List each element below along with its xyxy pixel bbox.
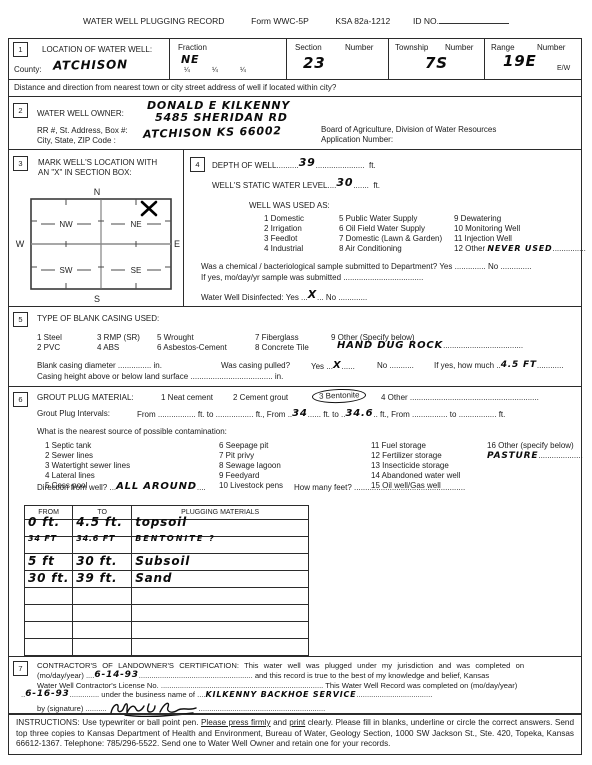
section1-location: 1 LOCATION OF WATER WELL: County: ATCHIS…	[9, 39, 581, 79]
grout-option-2: 2 Cement grout	[233, 393, 288, 402]
contamination-option: 12 Fertilizer storage	[371, 451, 460, 461]
well-used-as-label: WELL WAS USED AS:	[249, 201, 330, 210]
owner-title: WATER WELL OWNER:	[37, 109, 124, 118]
contamination-other-line: PASTURE....................	[487, 451, 583, 461]
compass-west-label: W	[16, 239, 25, 249]
water-well-plugging-record-form: WATER WELL PLUGGING RECORD Form WWC-5P K…	[0, 0, 592, 765]
well-uses-column1: 1 Domestic 2 Irrigation 3 Feedlot 4 Indu…	[264, 214, 304, 254]
quadrant-se-label: SE	[131, 266, 142, 275]
use-option: 3 Feedlot	[264, 234, 304, 244]
grout-option-3-circled: 3 Bentonite	[312, 388, 367, 404]
grout-option-4: 4 Other ................................…	[381, 393, 539, 402]
use-option-other: 12 Other NEVER USED...............	[454, 244, 586, 254]
section1-township-cell: Township Number 7S	[388, 39, 484, 79]
casing-pulled-label: Was casing pulled?	[221, 361, 290, 370]
row-material: BENTONITE ?	[135, 534, 216, 543]
compass-south-label: S	[94, 294, 100, 304]
quarter-mark-2: ¼	[212, 67, 218, 74]
township-value: 7S	[425, 54, 448, 72]
contamination-column2: 6 Seepage pit 7 Pit privy 8 Sewage lagoo…	[219, 441, 283, 491]
owner-city-value: ATCHISON KS 66002	[143, 124, 282, 141]
range-number-label: Number	[537, 43, 565, 52]
use-option: 1 Domestic	[264, 214, 304, 224]
contamination-option: 1 Septic tank	[45, 441, 130, 451]
form-statute: KSA 82a-1212	[335, 16, 390, 26]
casing-option: 5 Wrought	[157, 333, 194, 342]
row-from: 34 FT	[28, 534, 57, 543]
static-level-value: 30	[336, 176, 353, 189]
use-option: 11 Injection Well	[454, 234, 586, 244]
table-row-empty	[25, 622, 309, 639]
well-location-x-mark	[142, 202, 156, 215]
range-value: 19E	[503, 52, 537, 70]
section5-number: 5	[13, 312, 28, 327]
static-water-level-line: WELL'S STATIC WATER LEVEL....30....... f…	[212, 178, 380, 191]
depth-ft-label: ft.	[369, 161, 376, 170]
form-title: WATER WELL PLUGGING RECORD	[83, 16, 224, 26]
section7-certification: 7 CONTRACTOR'S OF LANDOWNER'S CERTIFICAT…	[9, 656, 581, 713]
row-from: 0 ft.	[28, 515, 60, 529]
use-option: 6 Oil Field Water Supply	[339, 224, 442, 234]
row-from: 5 ft	[28, 554, 55, 568]
casing-option: 6 Asbestos-Cement	[157, 343, 227, 352]
row-to: 34.6 FT	[76, 534, 115, 543]
section7-number: 7	[13, 661, 28, 676]
ew-label: E/W	[557, 65, 570, 72]
table-row-empty	[25, 639, 309, 656]
certification-line1: CONTRACTOR'S OF LANDOWNER'S CERTIFICATIO…	[37, 661, 524, 670]
direction-from-well-line: Direction from well? ...ALL AROUND....	[37, 482, 206, 493]
static-ft-label: ft.	[373, 181, 380, 190]
contamination-option: 8 Sewage lagoon	[219, 461, 283, 471]
quadrant-sw-label: SW	[60, 266, 73, 275]
grout-option-1: 1 Neat cement	[161, 393, 213, 402]
contamination-other-value: PASTURE	[487, 451, 538, 461]
depth-value: 39	[299, 156, 316, 169]
form-body: 1 LOCATION OF WATER WELL: County: ATCHIS…	[8, 38, 582, 714]
instructions-box: INSTRUCTIONS: Use typewriter or ball poi…	[8, 714, 582, 755]
depth-label: DEPTH OF WELL	[212, 161, 276, 170]
plugging-materials-table: FROM TO PLUGGING MATERIALS 0 ft. 4.5 ft.…	[24, 505, 309, 656]
other-use-value: NEVER USED	[487, 244, 552, 253]
section6-number: 6	[13, 392, 28, 407]
casing-pulled-x-mark: X	[333, 360, 342, 371]
contamination-option-other-label: 16 Other (specify below)	[487, 441, 583, 451]
casing-title: TYPE OF BLANK CASING USED:	[37, 314, 159, 323]
how-many-feet-line: How many feet? .........................…	[294, 483, 465, 492]
owner-city-label: City, State, ZIP Code :	[37, 136, 116, 145]
casing-height-line: Casing height above or below land surfac…	[37, 372, 283, 381]
record-completed-date-value: 6-16-93	[25, 689, 69, 699]
section6-grout: 6 GROUT PLUG MATERIAL: 1 Neat cement 2 C…	[9, 386, 581, 656]
quarter-mark-1: ¼	[184, 67, 190, 74]
section3-title-line1: MARK WELL'S LOCATION WITH	[38, 158, 157, 167]
contamination-option: 7 Pit privy	[219, 451, 283, 461]
section3-4-row: 3 MARK WELL'S LOCATION WITH AN "X" IN SE…	[9, 149, 581, 306]
section1-fraction-cell: Fraction NE ¼ ¼ ¼	[169, 39, 286, 79]
casing-option: 8 Concrete Tile	[255, 343, 309, 352]
use-option: 4 Industrial	[264, 244, 304, 254]
fraction-value: NE	[181, 53, 199, 66]
row-material: Subsoil	[135, 554, 190, 568]
contamination-option: 3 Watertight sewer lines	[45, 461, 130, 471]
township-label: Township	[395, 43, 428, 52]
section1-distance-row: Distance and direction from nearest town…	[9, 79, 581, 96]
use-option: 8 Air Conditioning	[339, 244, 442, 254]
business-name-value: KILKENNY BACKHOE SERVICE	[206, 690, 357, 699]
press-firmly-underlined: Please press firmly	[201, 718, 271, 727]
print-underlined: print	[289, 718, 305, 727]
section1-title: LOCATION OF WATER WELL:	[42, 45, 152, 54]
township-number-label: Number	[445, 43, 473, 52]
id-number-label: ID NO.	[413, 16, 439, 26]
completed-date-value: 6-14-93	[94, 670, 138, 680]
casing-pulled-no: No ...........	[377, 361, 414, 370]
section-value: 23	[303, 54, 325, 72]
section3-title-line2: AN "X" IN SECTION BOX:	[38, 168, 132, 177]
compass-north-label: N	[94, 187, 101, 197]
quadrant-nw-label: NW	[59, 220, 73, 229]
section-number-label: Number	[345, 43, 373, 52]
section1-range-cell: Range Number 19E E/W	[484, 39, 581, 79]
section2-number: 2	[13, 103, 28, 118]
row-material: topsoil	[135, 515, 187, 529]
certification-line2: (mo/day/year) ....6-14-93...............…	[37, 671, 489, 681]
application-number-label: Application Number:	[321, 135, 393, 144]
contamination-option: 11 Fuel storage	[371, 441, 460, 451]
table-row-empty	[25, 588, 309, 605]
row-to: 4.5 ft.	[76, 515, 123, 529]
quarter-mark-3: ¼	[240, 67, 246, 74]
section3-number: 3	[13, 156, 28, 171]
section1-location-cell: 1 LOCATION OF WATER WELL: County: ATCHIS…	[9, 39, 169, 79]
direction-value: ALL AROUND	[116, 481, 197, 492]
casing-option: 1 Steel	[37, 333, 62, 342]
owner-street-value: 5485 SHERIDAN RD	[155, 111, 288, 124]
casing-pulled-yes: Yes ...X......	[311, 361, 355, 372]
use-option: 10 Monitoring Well	[454, 224, 586, 234]
contamination-option: 2 Sewer lines	[45, 451, 130, 461]
how-much-value: 4.5 FT	[501, 360, 537, 370]
contamination-option: 9 Feedyard	[219, 471, 283, 481]
row-material: Sand	[135, 571, 172, 585]
well-uses-column2: 5 Public Water Supply 6 Oil Field Water …	[339, 214, 442, 254]
certification-line4: ..6-16-93.............. under the busine…	[21, 690, 432, 700]
sample-date-line: If yes, mo/day/yr sample was submitted .…	[201, 273, 423, 282]
section4-number: 4	[190, 157, 205, 172]
contamination-option: 6 Seepage pit	[219, 441, 283, 451]
disinfected-x-mark: X	[308, 288, 317, 301]
sample-question: Was a chemical / bacteriological sample …	[201, 262, 532, 271]
row-from: 30 ft.	[28, 571, 69, 585]
grout-material-label: GROUT PLUG MATERIAL:	[37, 393, 134, 402]
section3-4-divider	[183, 150, 184, 306]
table-row: 30 ft. 39 ft. Sand	[25, 571, 309, 588]
casing-option: 3 RMP (SR)	[97, 333, 140, 342]
section5-casing: 5 TYPE OF BLANK CASING USED: 1 Steel 3 R…	[9, 306, 581, 386]
table-row: 34 FT 34.6 FT BENTONITE ?	[25, 537, 309, 554]
grout-intervals-label: Grout Plug Intervals:	[37, 409, 110, 418]
contamination-option: 10 Livestock pens	[219, 481, 283, 491]
owner-address-label: RR #, St. Address, Box #:	[37, 126, 128, 135]
casing-option: 4 ABS	[97, 343, 119, 352]
casing-option: 7 Fiberglass	[255, 333, 299, 342]
section2-owner: 2 WATER WELL OWNER: DONALD E KILKENNY 54…	[9, 96, 581, 149]
section1-number: 1	[13, 42, 28, 57]
casing-other-value: HAND DUG ROCK	[337, 340, 443, 351]
disinfected-line: Water Well Disinfected: Yes ...X... No .…	[201, 290, 367, 303]
table-row: 5 ft 30 ft. Subsoil	[25, 554, 309, 571]
compass-east-label: E	[174, 239, 180, 249]
distance-question: Distance and direction from nearest town…	[14, 83, 336, 92]
contamination-option: 14 Abandoned water well	[371, 471, 460, 481]
depth-of-well-line: DEPTH OF WELL..........39...............…	[212, 158, 376, 171]
use-option: 2 Irrigation	[264, 224, 304, 234]
casing-other-line: HAND DUG ROCK...........................…	[337, 340, 523, 351]
how-much-line: If yes, how much ..4.5 FT............	[434, 361, 564, 371]
instructions-label: INSTRUCTIONS:	[16, 718, 80, 727]
section1-section-cell: Section Number 23	[286, 39, 388, 79]
use-option: 7 Domestic (Lawn & Garden)	[339, 234, 442, 244]
form-header: WATER WELL PLUGGING RECORD Form WWC-5P K…	[0, 15, 592, 26]
row-to: 39 ft.	[76, 571, 117, 585]
board-of-agriculture-line: Board of Agriculture, Division of Water …	[321, 125, 496, 134]
county-value: ATCHISON	[53, 57, 128, 72]
contamination-label: What is the nearest source of possible c…	[37, 427, 227, 436]
use-option: 5 Public Water Supply	[339, 214, 442, 224]
grout-interval-from2: 34	[292, 408, 308, 419]
county-label: County:	[14, 65, 42, 74]
section-label: Section	[295, 43, 322, 52]
range-label: Range	[491, 43, 515, 52]
use-option: 9 Dewatering	[454, 214, 586, 224]
certification-line3: Water Well Contractor's License No. ....…	[37, 681, 517, 690]
grout-intervals-line: From ................. ft. to ..........…	[137, 409, 505, 420]
contamination-column4: 16 Other (specify below) PASTURE........…	[487, 441, 583, 461]
contamination-option: 13 Insecticide storage	[371, 461, 460, 471]
table-row-empty	[25, 605, 309, 622]
fraction-label: Fraction	[178, 43, 207, 52]
section-location-grid: N	[11, 186, 183, 306]
casing-diameter-line: Blank casing diameter ............... in…	[37, 361, 162, 370]
contamination-option: 4 Lateral lines	[45, 471, 130, 481]
grout-interval-to2: 34.6	[345, 408, 373, 419]
well-uses-column3: 9 Dewatering 10 Monitoring Well 11 Injec…	[454, 214, 586, 254]
row-to: 30 ft.	[76, 554, 117, 568]
casing-option: 2 PVC	[37, 343, 60, 352]
form-number: Form WWC-5P	[251, 16, 308, 26]
id-number-blank	[439, 15, 509, 24]
quadrant-ne-label: NE	[130, 220, 141, 229]
static-level-label: WELL'S STATIC WATER LEVEL	[212, 181, 327, 190]
